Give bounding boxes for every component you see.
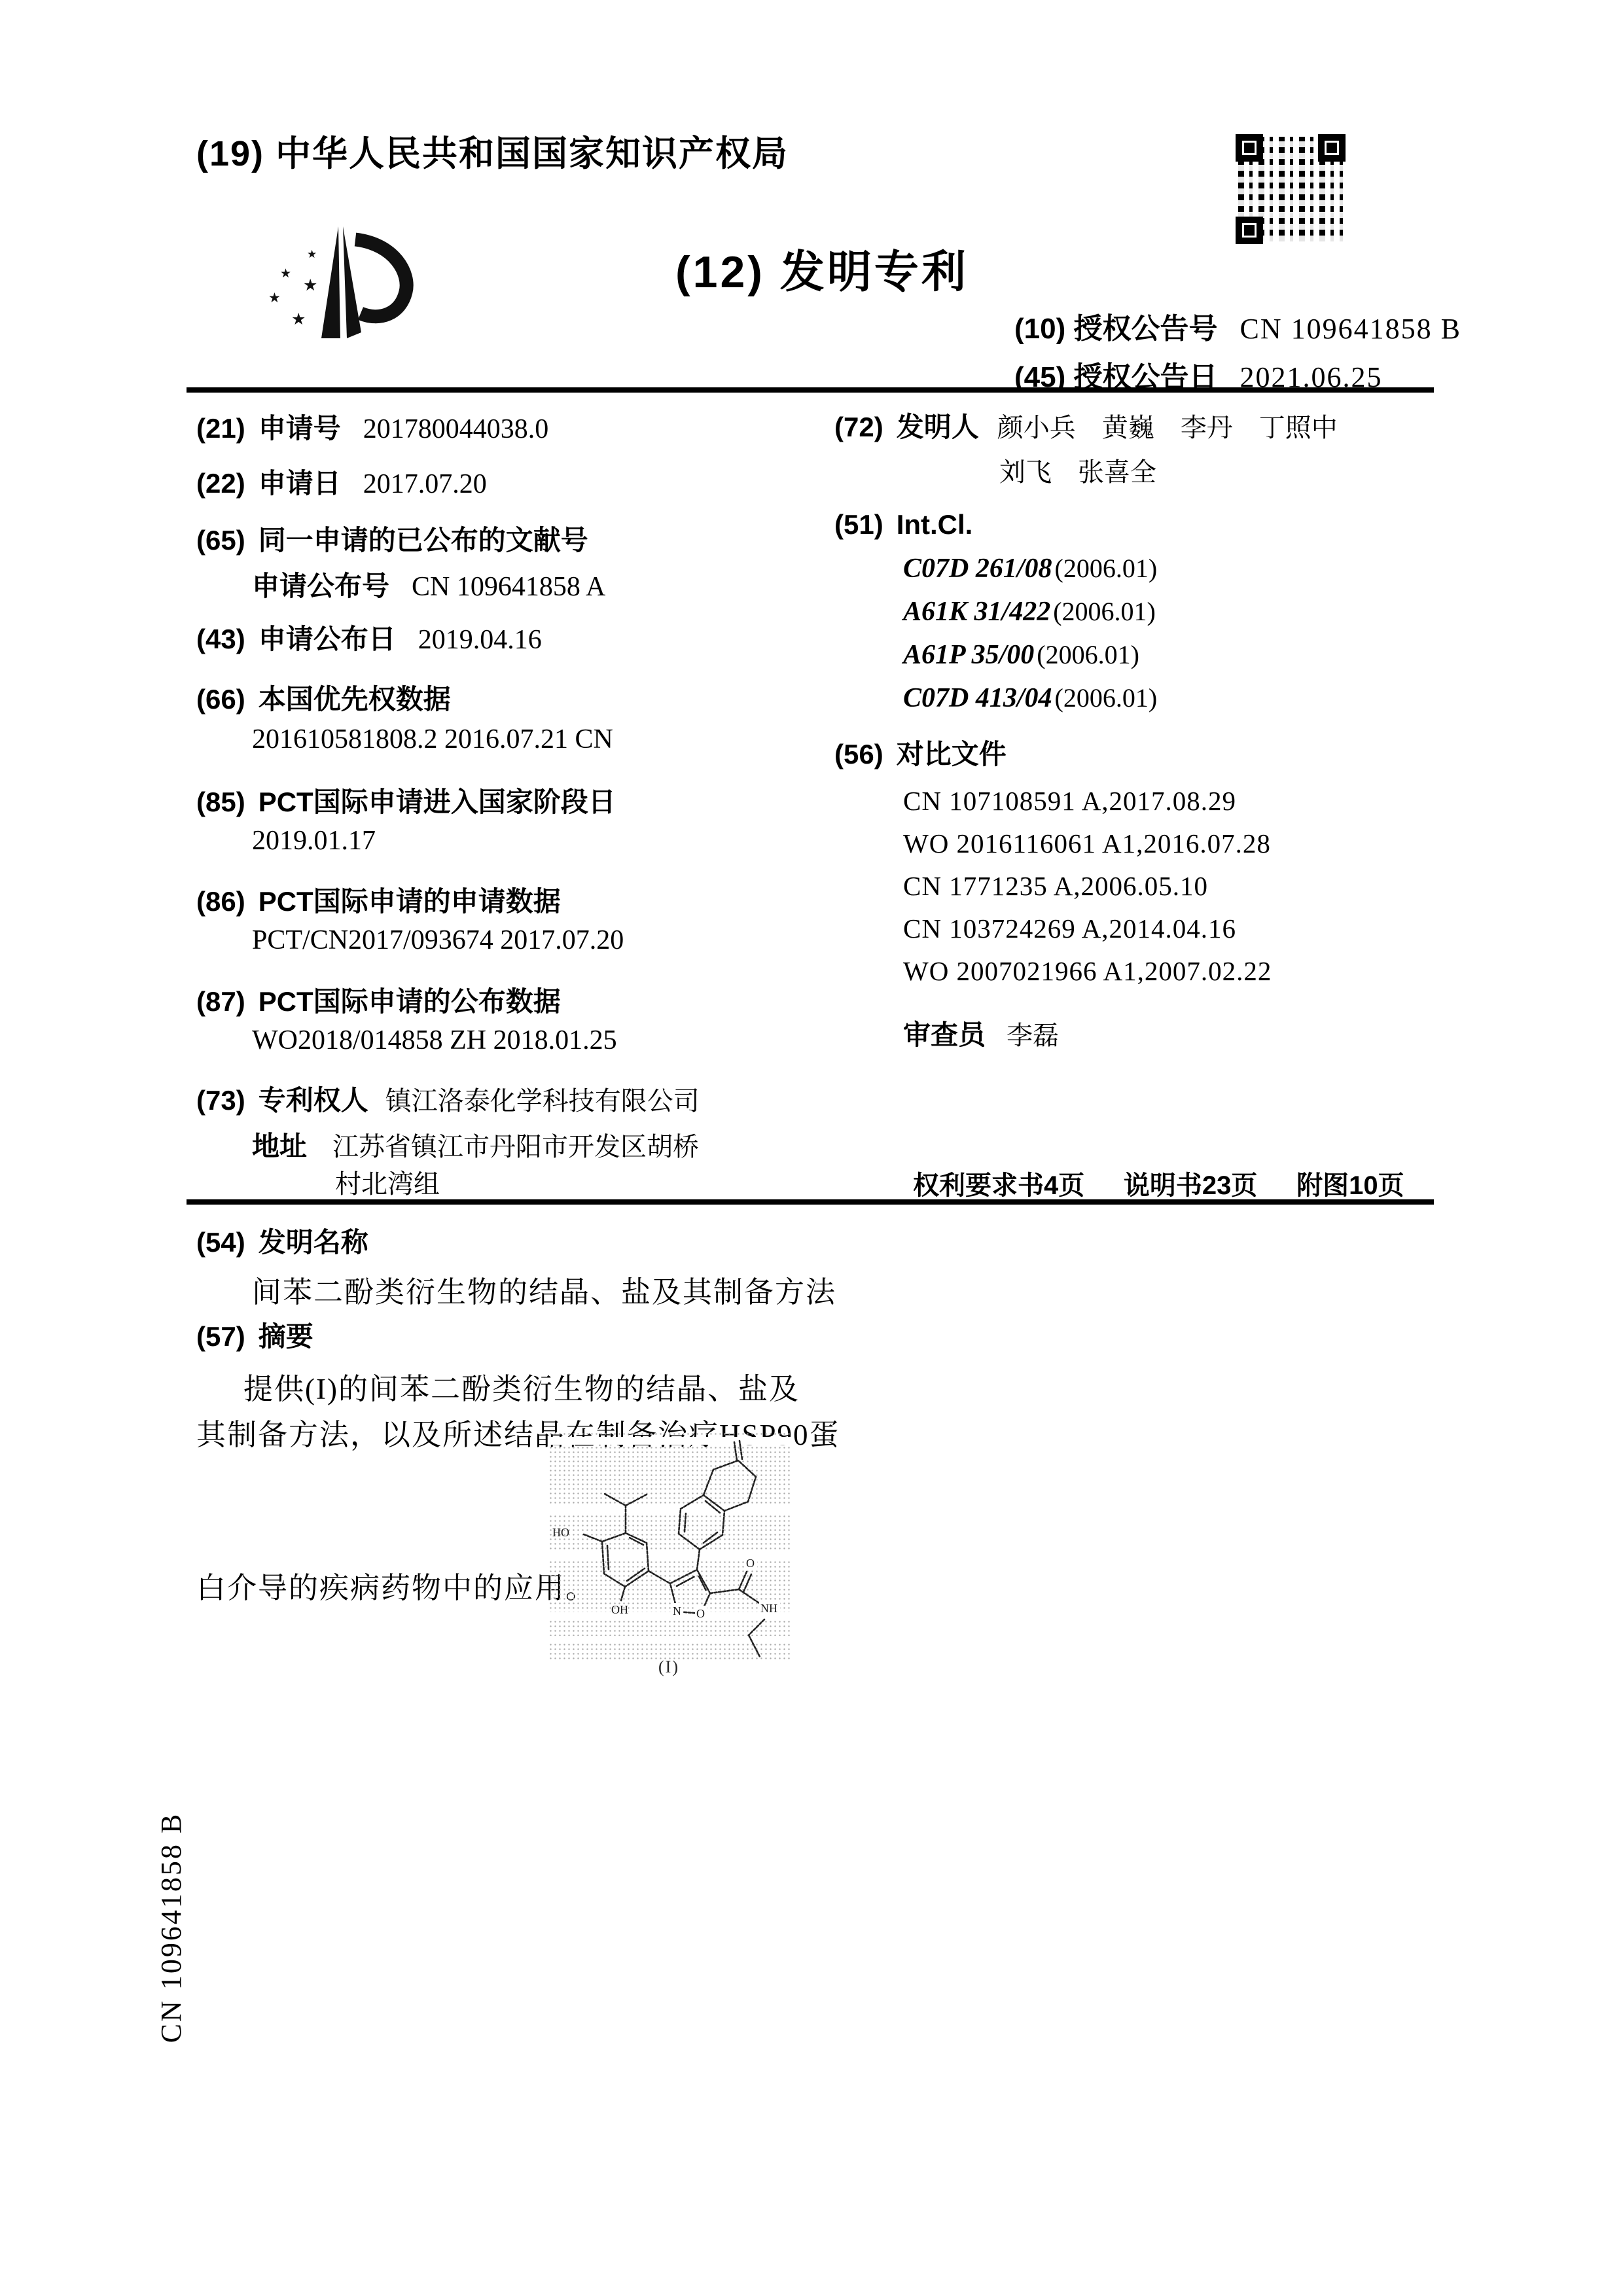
atom-label-ho: HO (552, 1526, 569, 1539)
field-application-number: (21) 申请号 201780044038.0 (196, 407, 548, 446)
structure-drawing: HO OH N O O NH (I) (548, 1432, 792, 1686)
field-label: 申请公布日 (259, 624, 396, 654)
field-pct-publication: (87) PCT国际申请的公布数据 (196, 980, 561, 1019)
field-intcl: (51) Int.Cl. (834, 509, 972, 540)
field-label: 申请日 (259, 468, 341, 499)
intcl-version: (2006.01) (1037, 640, 1139, 669)
qr-finder-icon (1236, 134, 1263, 162)
patent-cover-page: (19) 中华人民共和国国家知识产权局 ★ ★ ★ ★ ★ (12) 发明专利 … (0, 0, 1623, 2296)
field-num: (57) (196, 1321, 245, 1352)
citation-item: CN 107108591 A,2017.08.29 (903, 785, 1236, 817)
field-num: (72) (834, 412, 883, 442)
atom-label-n: N (673, 1604, 681, 1617)
field-value: 2019.04.16 (418, 625, 542, 655)
intcl-code: C07D 413/04 (903, 683, 1052, 713)
intcl-version: (2006.01) (1055, 683, 1158, 713)
field-label: 申请公布号 (252, 571, 389, 601)
priority-value: 201610581808.2 2016.07.21 CN (252, 724, 613, 755)
star-icon: ★ (307, 248, 317, 261)
atom-label-oh: OH (611, 1603, 628, 1616)
inventors-line2: 刘飞 张喜全 (999, 451, 1156, 489)
field-value: CN 109641858 A (412, 572, 605, 602)
field-label: PCT国际申请的申请数据 (259, 886, 561, 917)
intcl-entry: A61P 35/00 (2006.01) (903, 639, 1139, 671)
atom-label-o-ring: O (696, 1607, 705, 1620)
star-icon: ★ (303, 275, 317, 294)
intcl-code: A61P 35/00 (903, 640, 1034, 670)
patent-office-title: (19) 中华人民共和国国家知识产权局 (196, 126, 789, 176)
field-label: 地址 (252, 1131, 307, 1161)
divider-rule-middle (187, 1199, 1434, 1205)
field-value: 2017.07.20 (363, 469, 487, 499)
invention-title: 间苯二酚类衍生物的结晶、盐及其制备方法 (252, 1268, 836, 1311)
field-inventors: (72) 发明人 颜小兵 黄巍 李丹 丁照中 (834, 406, 1338, 445)
field-label: PCT国际申请进入国家阶段日 (259, 786, 616, 817)
star-icon: ★ (268, 290, 281, 306)
field-label: Int.Cl. (897, 509, 973, 540)
field-num: (85) (196, 786, 245, 817)
field-examiner: 审查员 李磊 (903, 1014, 1059, 1053)
doc-type-title: (12) 发明专利 (675, 237, 969, 300)
field-same-application-pub: 申请公布号 CN 109641858 A (252, 565, 605, 604)
field-label: 申请号 (259, 413, 341, 444)
address-line1: 江苏省镇江市丹阳市开发区胡桥 (332, 1132, 699, 1161)
field-patentee: (73) 专利权人 镇江洛泰化学科技有限公司 (196, 1079, 700, 1118)
intcl-code: C07D 261/08 (903, 554, 1052, 584)
divider-rule-top (187, 387, 1434, 393)
field-label: 发明人 (897, 412, 979, 442)
field-num: (43) (196, 624, 245, 654)
intcl-entry: A61K 31/422 (2006.01) (903, 596, 1156, 627)
atom-label-nh: NH (760, 1602, 777, 1615)
citation-item: WO 2007021966 A1,2007.02.22 (903, 955, 1272, 987)
field-same-application: (65) 同一申请的已公布的文献号 (196, 519, 588, 558)
field-num: (66) (196, 684, 245, 715)
field-num: (56) (834, 739, 883, 769)
field-invention-title: (54) 发明名称 (196, 1221, 368, 1260)
pct-publication-value: WO2018/014858 ZH 2018.01.25 (252, 1025, 617, 1056)
pct-application-value: PCT/CN2017/093674 2017.07.20 (252, 925, 624, 956)
grant-number-value: CN 109641858 B (1240, 313, 1461, 345)
field-label: 对比文件 (897, 739, 1007, 769)
field-abstract: (57) 摘要 (196, 1315, 313, 1354)
cnipa-logo: ★ ★ ★ ★ ★ (251, 221, 416, 343)
formula-label: (I) (658, 1657, 679, 1676)
inventors-line1: 颜小兵 黄巍 李丹 丁照中 (997, 413, 1338, 442)
intcl-entry: C07D 413/04 (2006.01) (903, 682, 1157, 714)
field-pct-application: (86) PCT国际申请的申请数据 (196, 880, 561, 919)
field-pct-national: (85) PCT国际申请进入国家阶段日 (196, 781, 616, 820)
examiner-label: 审查员 (903, 1019, 986, 1050)
field-priority: (66) 本国优先权数据 (196, 678, 451, 717)
citation-item: CN 1771235 A,2006.05.10 (903, 870, 1208, 902)
pct-national-value: 2019.01.17 (252, 825, 376, 857)
field-num: (51) (834, 509, 883, 540)
field-value: 201780044038.0 (363, 414, 549, 444)
description-pages: 说明书23页 (1124, 1171, 1258, 1200)
qr-finder-icon (1318, 134, 1346, 162)
field-address: 地址 江苏省镇江市丹阳市开发区胡桥 (252, 1125, 699, 1164)
field-num: (22) (196, 468, 245, 499)
address-line2: 村北湾组 (335, 1163, 440, 1201)
sidebar-document-code: CN 109641858 B (152, 1810, 190, 2045)
field-label: 专利权人 (259, 1085, 368, 1116)
examiner-name: 李磊 (1007, 1021, 1059, 1050)
abstract-line1: 提供(I)的间苯二酚类衍生物的结晶、盐及 (243, 1365, 800, 1407)
intcl-version: (2006.01) (1053, 597, 1156, 626)
intcl-entry: C07D 261/08 (2006.01) (903, 553, 1157, 584)
chemical-structure-figure: HO OH N O O NH (I) (548, 1432, 792, 1686)
intcl-version: (2006.01) (1055, 554, 1158, 583)
figures-pages: 附图10页 (1296, 1171, 1404, 1200)
field-num: (87) (196, 986, 245, 1017)
patentee-name: 镇江洛泰化学科技有限公司 (385, 1086, 700, 1116)
star-icon: ★ (291, 309, 306, 328)
page-count-line: 权利要求书4页 说明书23页 附图10页 (913, 1165, 1436, 1202)
field-label: 本国优先权数据 (259, 684, 451, 715)
grant-number-line: (10) 授权公告号 CN 109641858 B (1014, 305, 1461, 347)
field-label: 同一申请的已公布的文献号 (259, 525, 588, 556)
field-application-pub-date: (43) 申请公布日 2019.04.16 (196, 618, 542, 657)
star-icon: ★ (280, 266, 291, 281)
field-citations: (56) 对比文件 (834, 733, 1007, 772)
field-label: 发明名称 (259, 1227, 368, 1258)
field-num: (54) (196, 1227, 245, 1258)
logo-spire-left (321, 226, 340, 338)
citation-item: WO 2016116061 A1,2016.07.28 (903, 828, 1271, 859)
field-label: 摘要 (259, 1321, 313, 1352)
logo-d-arc (355, 239, 406, 317)
grant-number-label: (10) 授权公告号 (1014, 313, 1217, 345)
qr-finder-icon (1236, 217, 1263, 244)
field-num: (21) (196, 413, 245, 444)
qr-code (1236, 134, 1346, 244)
field-num: (86) (196, 886, 245, 917)
citation-item: CN 103724269 A,2014.04.16 (903, 913, 1236, 944)
field-application-date: (22) 申请日 2017.07.20 (196, 462, 487, 501)
abstract-line3: 白介导的疾病药物中的应用。 (196, 1564, 596, 1606)
intcl-code: A61K 31/422 (903, 597, 1050, 627)
field-num: (73) (196, 1085, 245, 1116)
claims-pages: 权利要求书4页 (913, 1171, 1084, 1200)
field-label: PCT国际申请的公布数据 (259, 986, 561, 1017)
field-num: (65) (196, 525, 245, 556)
atom-label-o-carbonyl: O (746, 1557, 755, 1570)
